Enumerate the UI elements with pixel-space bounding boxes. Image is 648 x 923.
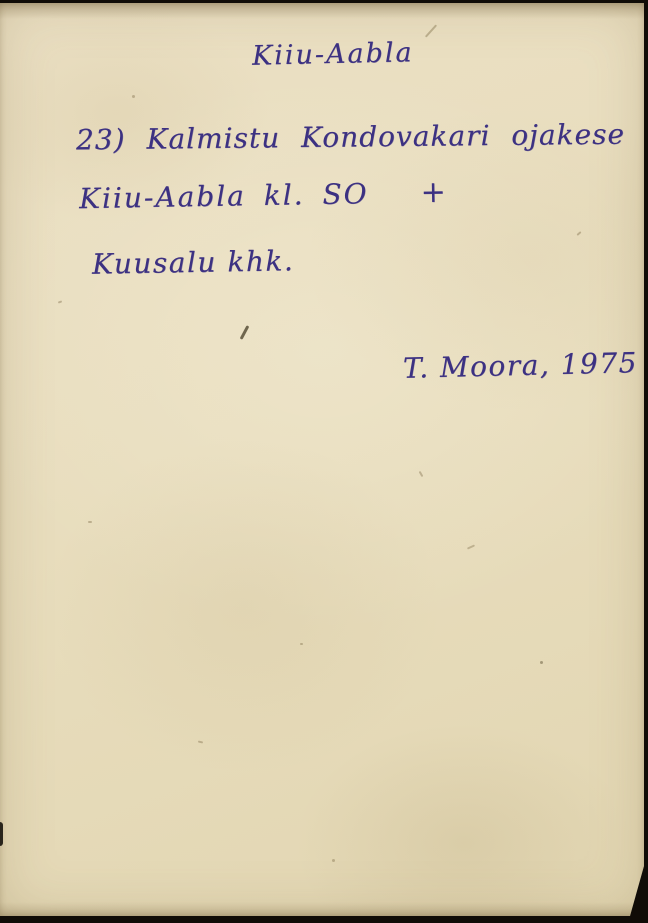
scan-edge-notch [0, 822, 3, 846]
paper-fiber-speck [467, 544, 475, 549]
paper-fiber-speck [576, 231, 581, 236]
paper-fiber-speck [88, 521, 92, 523]
paper-fiber-speck [419, 471, 424, 477]
entry-line-parish: Kuusalu khk. [92, 244, 295, 281]
paper-fiber-speck [58, 300, 62, 303]
scan-backdrop: { "note": { "heading": "Kiiu-Aabla", "li… [0, 0, 648, 923]
entry-line-village-text: Kiiu-Aabla kl. SO [79, 177, 369, 215]
paper-fiber-speck [198, 741, 203, 744]
paper-fiber-speck [540, 661, 543, 664]
paper-fiber-speck [240, 325, 250, 340]
signature-and-year: T. Moora, 1975 [403, 346, 639, 385]
entry-line-village: Kiiu-Aabla kl. SO + [79, 175, 448, 216]
paper-top-edge-shadow [0, 3, 644, 19]
paper-bottom-edge-shadow [0, 902, 644, 916]
paper-fiber-speck [332, 859, 335, 862]
paper-sheet: Kiiu-Aabla 23) Kalmistu Kondovakari ojak… [0, 3, 644, 916]
paper-fiber-speck [425, 24, 437, 37]
paper-fiber-speck [132, 95, 135, 98]
entry-line-location: 23) Kalmistu Kondovakari ojakese ääres [76, 117, 648, 157]
paper-fiber-speck [300, 643, 303, 645]
page-heading: Kiiu-Aabla [252, 37, 414, 71]
plus-mark: + [420, 175, 448, 210]
scan-scene: Kiiu-Aabla 23) Kalmistu Kondovakari ojak… [0, 0, 648, 923]
